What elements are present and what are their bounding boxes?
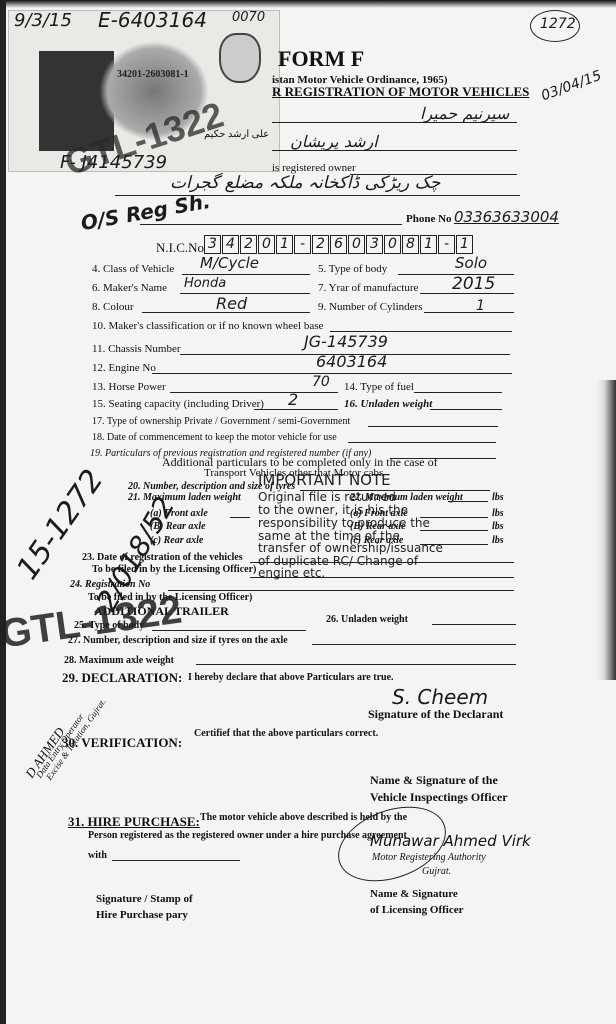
field-4-value: M/Cycle bbox=[200, 254, 259, 272]
nic-digit: 3 bbox=[366, 235, 383, 254]
nic-digit: 8 bbox=[402, 235, 419, 254]
hire-purchase-with-line bbox=[112, 860, 240, 861]
field-6-value: Honda bbox=[184, 276, 226, 291]
licensing-label-2: of Licensing Officer bbox=[370, 904, 463, 916]
nic-digit: 0 bbox=[258, 235, 275, 254]
field-14-label: 14. Type of fuel bbox=[344, 381, 414, 393]
field-15-value: 2 bbox=[288, 390, 298, 409]
important-note-line: engine etc. bbox=[258, 566, 325, 580]
field-5-label: 5. Type of body bbox=[318, 263, 387, 275]
nic-digit: 2 bbox=[312, 235, 329, 254]
field-17-label: 17. Type of ownership Private / Governme… bbox=[92, 416, 350, 427]
important-note-line: Original file is returned bbox=[258, 490, 396, 504]
form-title: FORM F bbox=[278, 46, 364, 72]
inspector-label-2: Vehicle Inspectings Officer bbox=[370, 790, 508, 805]
field-18-line bbox=[348, 442, 496, 443]
field-16-line bbox=[430, 409, 502, 410]
annotation-code: 0070 bbox=[232, 10, 265, 25]
field-8-value: Red bbox=[216, 294, 247, 313]
field-16-label: 16. Unladen weight bbox=[344, 398, 432, 410]
annotation-right-date: 03/04/15 bbox=[539, 68, 604, 105]
phone-label: Phone No bbox=[406, 213, 452, 225]
nic-digit: - bbox=[294, 235, 311, 254]
annotation-date: 9/3/15 bbox=[14, 10, 72, 31]
field-9-line bbox=[424, 312, 514, 313]
page-edge-top bbox=[0, 0, 616, 8]
field-13-line bbox=[170, 392, 338, 393]
field-6-label: 6. Maker's Name bbox=[92, 282, 167, 294]
nic-digit: 0 bbox=[384, 235, 401, 254]
field-9-label: 9. Number of Cylinders bbox=[318, 301, 422, 313]
nic-digit: 4 bbox=[222, 235, 239, 254]
unit-lbs: lbs bbox=[492, 535, 504, 546]
nic-digit: 1 bbox=[276, 235, 293, 254]
licensing-officer-name: Munawar Ahmed Virk bbox=[370, 832, 531, 850]
unit-lbs: lbs bbox=[492, 492, 504, 503]
owner-name-urdu: سیرنیم حمیرا bbox=[420, 104, 509, 123]
annotation-file-no: E-6403164 bbox=[98, 8, 207, 32]
address-urdu: چک ریڑکی ڈاکخانہ ملکہ مضلع گجرات bbox=[170, 172, 440, 193]
important-note-line: responsibility to produce the bbox=[258, 516, 430, 530]
front-axle-left-line bbox=[230, 517, 250, 518]
government-emblem-icon bbox=[219, 33, 261, 83]
page-edge-left bbox=[0, 0, 6, 1024]
field-15-label: 15. Seating capacity (including Driver) bbox=[92, 398, 264, 410]
field-15-line bbox=[254, 409, 338, 410]
inspector-label-1: Name & Signature of the bbox=[370, 773, 498, 788]
field-11-label: 11. Chassis Number bbox=[92, 343, 181, 355]
unit-lbs: lbs bbox=[492, 508, 504, 519]
circled-number-text: 1272 bbox=[540, 16, 576, 32]
licensing-officer-city: Gujrat. bbox=[422, 866, 451, 877]
important-note-line: to the owner, it is his the bbox=[258, 503, 408, 517]
field-11-value: JG-145739 bbox=[304, 332, 388, 351]
field-13-value: 70 bbox=[312, 374, 330, 390]
form-heading: R REGISTRATION OF MOTOR VEHICLES bbox=[272, 84, 529, 100]
declarant-signature: S. Cheem bbox=[392, 685, 488, 709]
nic-digit: 3 bbox=[204, 235, 221, 254]
field-5-value: Solo bbox=[455, 254, 487, 272]
father-name-urdu: ارشد پریشان bbox=[290, 132, 378, 151]
field-26-label: 26. Unladen weight bbox=[326, 614, 408, 625]
licensing-label-1: Name & Signature bbox=[370, 888, 458, 900]
field-22-line bbox=[448, 501, 488, 502]
unit-lbs: lbs bbox=[492, 521, 504, 532]
hire-stamp-label-2: Hire Purchase pary bbox=[96, 909, 188, 921]
important-note-line: transfer of ownership/issuance bbox=[258, 541, 443, 555]
nic-digit: 2 bbox=[240, 235, 257, 254]
hire-purchase-with: with bbox=[88, 850, 107, 861]
field-28-line bbox=[196, 664, 516, 665]
verification-text: Certifief that the above particulars cor… bbox=[194, 728, 378, 739]
nic-digit: 1 bbox=[420, 235, 437, 254]
field-13-label: 13. Horse Power bbox=[92, 381, 166, 393]
field-14-line bbox=[414, 392, 502, 393]
field-26-line bbox=[432, 624, 516, 625]
field-24-line bbox=[168, 590, 514, 591]
field-10-label: 10. Maker's classification or if no know… bbox=[92, 320, 323, 332]
important-note-title: IMPORTANT NOTE bbox=[258, 471, 391, 489]
nic-digit: 0 bbox=[348, 235, 365, 254]
field-23-label: 23. Date of registration of the vehicles bbox=[82, 552, 243, 563]
nic-digit: - bbox=[438, 235, 455, 254]
hire-stamp-label-1: Signature / Stamp of bbox=[96, 893, 193, 905]
nic-digit: 1 bbox=[456, 235, 473, 254]
phone-value: 03363633004 bbox=[454, 208, 559, 226]
field-12-value: 6403164 bbox=[316, 352, 387, 371]
page-edge-right bbox=[596, 380, 616, 680]
field-7-value: 2015 bbox=[452, 274, 495, 294]
field-17-line bbox=[368, 426, 498, 427]
field-21-label: 21. Maximum laden weight bbox=[128, 492, 241, 503]
nic-boxes: 34201-2603081-1 bbox=[204, 235, 474, 254]
declarant-signature-label: Signature of the Declarant bbox=[368, 707, 503, 722]
field-12-label: 12. Engine No bbox=[92, 362, 156, 374]
nic-digit: 6 bbox=[330, 235, 347, 254]
hire-purchase-label: 31. HIRE PURCHASE: bbox=[68, 814, 200, 830]
front-axle-right-line bbox=[420, 517, 488, 518]
phone-line-left bbox=[140, 224, 402, 225]
field-4-line bbox=[182, 274, 310, 275]
field-27-line bbox=[312, 644, 516, 645]
field-4-label: 4. Class of Vehicle bbox=[92, 263, 174, 275]
field-12-line bbox=[152, 373, 512, 374]
field-9-value: 1 bbox=[476, 298, 485, 314]
rear-axle-b-right-line bbox=[420, 530, 488, 531]
field-7-label: 7. Yrar of manufacture bbox=[318, 282, 418, 294]
field-8-label: 8. Colour bbox=[92, 301, 134, 313]
id-card-number: 34201-2603081-1 bbox=[117, 69, 189, 80]
field-28-label: 28. Maximum axle weight bbox=[64, 655, 174, 666]
field-18-label: 18. Date of commencement to keep the mot… bbox=[92, 432, 337, 443]
declaration-text: I hereby declare that above Particulars … bbox=[188, 672, 394, 683]
nic-label: N.I.C.No bbox=[156, 240, 204, 256]
licensing-officer-title: Motor Registering Authority bbox=[372, 852, 486, 863]
declaration-label: 29. DECLARATION: bbox=[62, 670, 182, 686]
